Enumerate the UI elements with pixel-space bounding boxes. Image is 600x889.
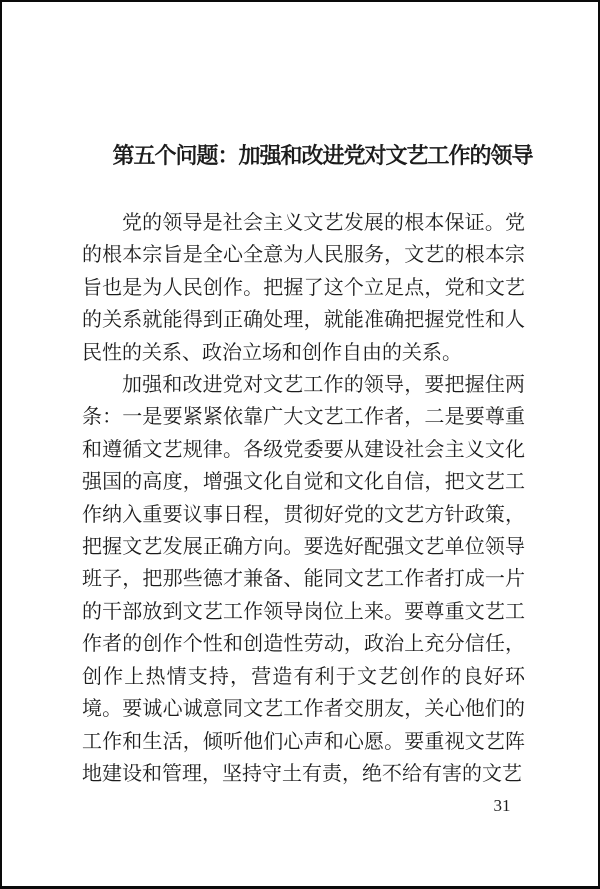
page-number: 31 [442, 796, 562, 816]
section-title: 第五个问题：加强和改进党对文艺工作的领导 [2, 141, 598, 171]
paragraph-2: 加强和改进党对文艺工作的领导，要把握住两条：一是要紧紧依靠广大文艺工作者，二是要… [82, 369, 525, 790]
body-text: 党的领导是社会主义文艺发展的根本保证。党的根本宗旨是全心全意为人民服务，文艺的根… [82, 207, 525, 790]
paragraph-1: 党的领导是社会主义文艺发展的根本保证。党的根本宗旨是全心全意为人民服务，文艺的根… [82, 207, 525, 369]
book-page: 第五个问题：加强和改进党对文艺工作的领导 党的领导是社会主义文艺发展的根本保证。… [0, 0, 600, 889]
